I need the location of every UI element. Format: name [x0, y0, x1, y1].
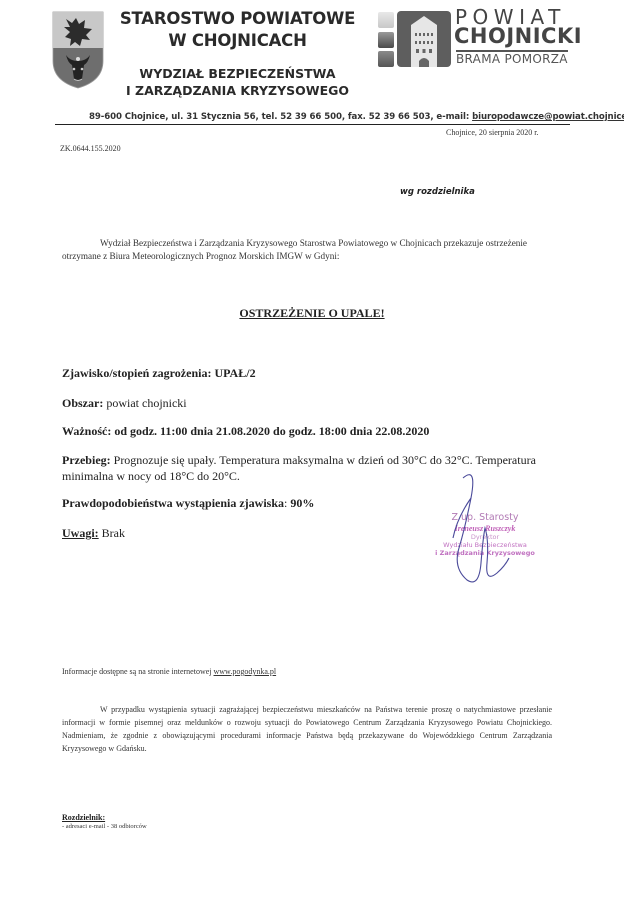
field-phenomenon: Zjawisko/stopień zagrożenia: UPAŁ/2	[62, 366, 256, 381]
logo-square-dark	[378, 51, 394, 67]
field-value: UPAŁ/2	[214, 366, 255, 380]
closing-paragraph: W przypadku wystąpienia sytuacji zagraża…	[62, 703, 552, 755]
logo-square-dark	[378, 32, 394, 48]
signature-icon	[405, 468, 555, 593]
department-name: WYDZIAŁ BEZPIECZEŃSTWA I ZARZĄDZANIA KRY…	[110, 65, 365, 99]
institution-name: STAROSTWO POWIATOWE W CHOJNICACH	[110, 8, 365, 52]
address-line: 89-600 Chojnice, ul. 31 Stycznia 56, tel…	[89, 112, 624, 122]
reference-number: ZK.0644.155.2020	[60, 144, 121, 153]
field-value: Brak	[102, 526, 125, 540]
gate-tower-icon	[397, 11, 451, 67]
field-value: od godz. 11:00 dnia 21.08.2020 do godz. …	[114, 424, 429, 438]
field-remarks: Uwagi: Brak	[62, 526, 125, 541]
distribution-item: - adresaci e-mail - 38 odbiorców	[62, 823, 147, 830]
department-line-1: WYDZIAŁ BEZPIECZEŃSTWA	[110, 65, 365, 82]
field-probability: Prawdopodobieństwa wystąpienia zjawiska:…	[62, 496, 314, 511]
logo-tagline: BRAMA POMORZA	[456, 52, 568, 66]
header-divider	[55, 124, 570, 125]
field-value: powiat chojnicki	[106, 396, 186, 410]
field-label: Ważność:	[62, 424, 111, 438]
intro-paragraph: Wydział Bezpieczeństwa i Zarządzania Kry…	[62, 237, 542, 262]
field-value: 90%	[290, 496, 314, 510]
field-label: Przebieg:	[62, 453, 111, 467]
email-link[interactable]: biuropodawcze@powiat.chojnice.pl	[472, 112, 624, 122]
info-line: Informacje dostępne są na stronie intern…	[62, 667, 276, 676]
field-label: Obszar:	[62, 396, 103, 410]
address-text: 89-600 Chojnice, ul. 31 Stycznia 56, tel…	[89, 112, 472, 122]
institution-line-2: W CHOJNICACH	[110, 30, 365, 52]
info-text: Informacje dostępne są na stronie intern…	[62, 667, 214, 676]
coat-of-arms-icon	[52, 11, 104, 89]
field-label: Zjawisko/stopień zagrożenia:	[62, 366, 211, 380]
department-line-2: I ZARZĄDZANIA KRYZYSOWEGO	[110, 82, 365, 99]
field-label: Uwagi:	[62, 526, 99, 540]
logo-square-light	[378, 12, 394, 28]
logo-word-chojnicki: CHOJNICKI	[454, 24, 582, 48]
warning-title: OSTRZEŻENIE O UPALE!	[0, 306, 624, 321]
institution-line-1: STAROSTWO POWIATOWE	[110, 8, 365, 30]
recipient: wg rozdzielnika	[400, 187, 475, 197]
field-label: Prawdopodobieństwa wystąpienia zjawiska	[62, 496, 284, 510]
place-date: Chojnice, 20 sierpnia 2020 r.	[446, 128, 538, 137]
pogodynka-link[interactable]: www.pogodynka.pl	[214, 667, 277, 676]
field-validity: Ważność: od godz. 11:00 dnia 21.08.2020 …	[62, 424, 429, 439]
field-area: Obszar: powiat chojnicki	[62, 396, 187, 411]
distribution-label: Rozdzielnik:	[62, 813, 105, 822]
